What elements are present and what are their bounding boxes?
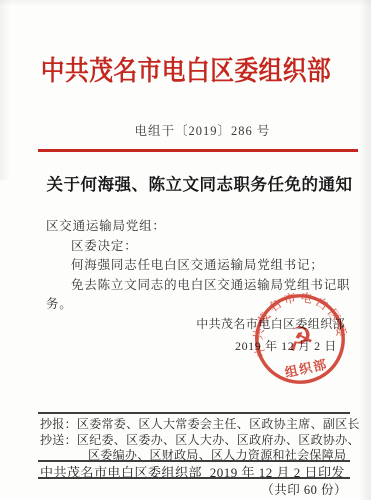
document-number: 电组干〔2019〕286 号 — [0, 121, 371, 139]
document-title: 关于何海强、陈立文同志职务任免的通知 — [0, 171, 371, 195]
scan-edge-artifact — [0, 0, 371, 6]
salutation-line: 区交通运输局党组： — [46, 217, 357, 237]
issuing-authority-header: 中共茂名市电白区委组织部 — [0, 49, 371, 88]
cc-send-line: 抄送：区纪委、区委办、区人大办、区政府办、区政协办、 — [40, 431, 360, 448]
document-page: 中共茂名市电白区委组织部 电组干〔2019〕286 号 关于何海强、陈立文同志职… — [0, 0, 371, 500]
red-divider-line — [38, 149, 358, 152]
print-copies-count: （共印 60 份） — [261, 480, 347, 498]
scan-edge-artifact — [0, 0, 10, 180]
official-seal: 中共茂名市电白区委 ☭ 组织部 — [243, 282, 357, 396]
issuing-authority-text: 中共茂名市电白区委组织部 — [40, 49, 330, 88]
cc-report-line: 抄报：区委常委、区人大常委会主任、区政协主席、副区长 — [40, 415, 360, 432]
body-line: 何海强同志任电白区交通运输局党组书记； — [46, 256, 357, 276]
divider-line — [38, 412, 350, 414]
party-emblem-icon: ☭ — [282, 319, 317, 359]
divider-line — [38, 477, 350, 479]
body-line: 区委决定： — [46, 237, 357, 257]
